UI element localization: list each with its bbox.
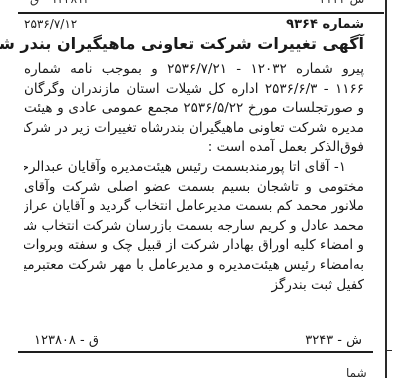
cut-off-text-top-right: ش ۳۲۴۲ [320, 0, 364, 6]
notice-line: و صورتجلسات مورخ ۲۵۳۶/۵/۲۲ مجمع عمومی عا… [24, 99, 364, 119]
notice-number: شماره ۹۳۶۴ [286, 15, 364, 35]
notice-line: مختومی و تاشجان بسیم بسمت عضو اصلی شرکت … [24, 178, 364, 198]
notice-line: ۱۱۶۶ - ۲۵۳۶/۶/۳ اداره کل شیلات استان ماز… [24, 80, 364, 100]
column-border-tick [386, 350, 392, 351]
notice-line: به‌امضاء رئیس هیئت‌مدیره و مدیرعامل با م… [24, 256, 364, 276]
column-border [385, 0, 387, 378]
notice-signature: کفیل ثبت بندرگز [24, 276, 364, 296]
notice-line: محمد عادل و کریم سارجه بسمت بازرسان شرکت… [24, 217, 364, 237]
notice-header-row: شماره ۹۳۶۴ ۲۵۳۶/۷/۱۲ [24, 14, 364, 34]
bottom-divider [18, 351, 373, 353]
notice-line: و امضاء کلیه اوراق بهادار شرکت از قبیل چ… [24, 236, 364, 256]
notice-line: پیرو شماره ۱۲۰۳۲ - ۲۵۳۶/۷/۲۱ و بموجب نام… [24, 60, 364, 80]
serial-sh: ش - ۳۲۴۳ [305, 333, 362, 348]
notice-title: آگهی تغییرات شرکت تعاونی ماهیگیران بندر … [24, 34, 364, 56]
cut-off-text-bottom: شما [346, 366, 367, 378]
notice-line: ۱- آقای اتا پورمندبسمت رئیس هیئت‌مدیره و… [24, 158, 364, 178]
notice-reference-code: ۲۵۳۶/۷/۱۲ [24, 14, 77, 34]
newspaper-clipping: ۱۲۳۸۱۴ - ق ش ۳۲۴۲ شماره ۹۳۶۴ ۲۵۳۶/۷/۱۲ آ… [0, 0, 394, 378]
cut-off-text-top-left: ۱۲۳۸۱۴ - ق [30, 0, 90, 6]
legal-notice: شماره ۹۳۶۴ ۲۵۳۶/۷/۱۲ آگهی تغییرات شرکت ت… [24, 14, 364, 295]
notice-line: ملانور محمد کم بسمت مدیرعامل انتخاب گردی… [24, 197, 364, 217]
notice-line: مدیره شرکت تعاونی ماهیگیران بندرشاه تغیی… [24, 119, 364, 139]
notice-line: فوق‌الذکر بعمل آمده است : [24, 138, 364, 158]
serial-gh: ق - ۱۲۳۸۰۸ [34, 333, 99, 348]
notice-footer: ش - ۳۲۴۳ ق - ۱۲۳۸۰۸ [34, 333, 362, 348]
